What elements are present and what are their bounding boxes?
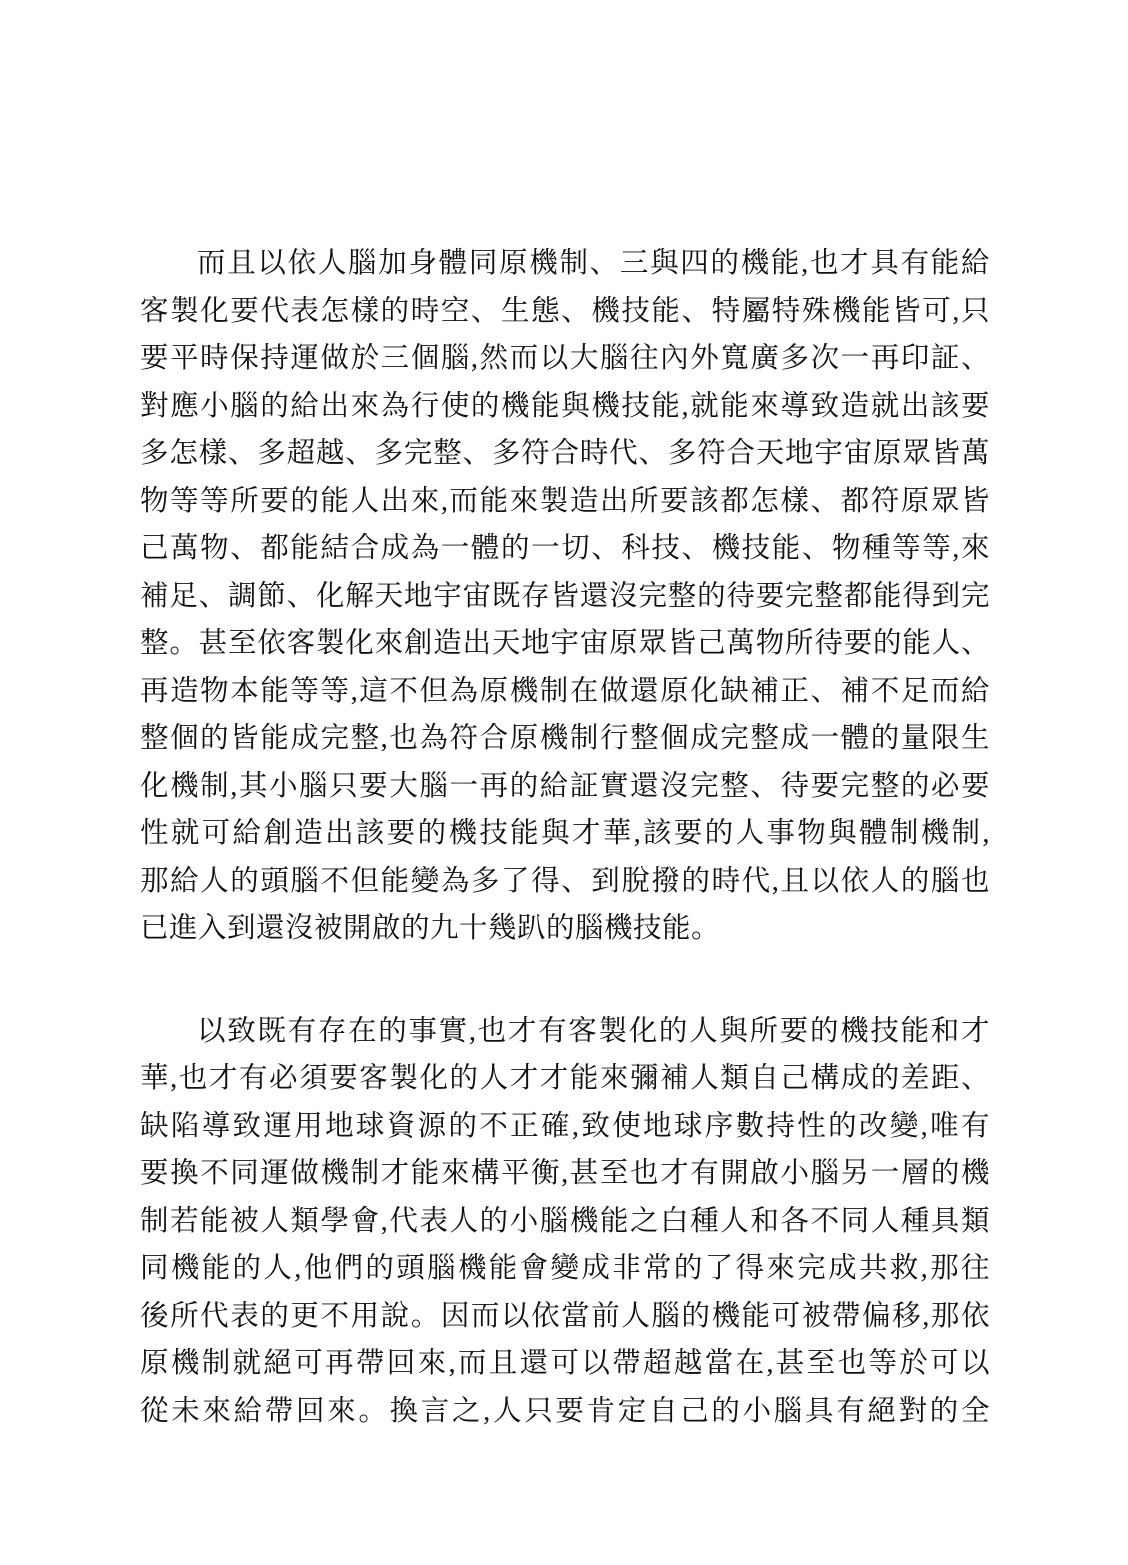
text-line: 物等等所要的能人出來,而能來製造出所要該都怎樣、都符原眾皆 bbox=[140, 478, 990, 526]
text-line: 再造物本能等等,這不但為原機制在做還原化缺補正、補不足而給 bbox=[140, 668, 990, 716]
text-line: 以致既有存在的事實,也才有客製化的人與所要的機技能和才 bbox=[140, 1008, 990, 1056]
text-line: 原機制就絕可再帶回來,而且還可以帶超越當在,甚至也等於可以 bbox=[140, 1340, 990, 1388]
document-page: 而且以依人腦加身體同原機制、三與四的機能,也才具有能給 客製化要代表怎樣的時空、… bbox=[0, 0, 1128, 1565]
text-line: 要平時保持運做於三個腦,然而以大腦往內外寬廣多次一再印証、 bbox=[140, 335, 990, 383]
text-line: 多怎樣、多超越、多完整、多符合時代、多符合天地宇宙原眾皆萬 bbox=[140, 430, 990, 478]
text-line: 要換不同運做機制才能來構平衡,甚至也才有開啟小腦另一層的機 bbox=[140, 1150, 990, 1198]
text-line: 已進入到還沒被開啟的九十幾趴的腦機技能。 bbox=[140, 905, 990, 953]
text-line: 對應小腦的給出來為行使的機能與機技能,就能來導致造就出該要 bbox=[140, 383, 990, 431]
text-line: 整。甚至依客製化來創造出天地宇宙原眾皆己萬物所待要的能人、 bbox=[140, 620, 990, 668]
text-line: 從未來給帶回來。換言之,人只要肯定自己的小腦具有絕對的全 bbox=[140, 1388, 990, 1436]
text-line: 那給人的頭腦不但能變為多了得、到脫撥的時代,且以依人的腦也 bbox=[140, 858, 990, 906]
text-line: 化機制,其小腦只要大腦一再的給証實還沒完整、待要完整的必要 bbox=[140, 763, 990, 811]
text-line: 性就可給創造出該要的機技能與才華,該要的人事物與體制機制, bbox=[140, 810, 990, 858]
paragraph-2: 以致既有存在的事實,也才有客製化的人與所要的機技能和才 華,也才有必須要客製化的… bbox=[140, 1008, 990, 1436]
text-line: 制若能被人類學會,代表人的小腦機能之白種人和各不同人種具類 bbox=[140, 1198, 990, 1246]
text-line: 補足、調節、化解天地宇宙既存皆還沒完整的待要完整都能得到完 bbox=[140, 573, 990, 621]
text-line: 缺陷導致運用地球資源的不正確,致使地球序數持性的改變,唯有 bbox=[140, 1103, 990, 1151]
text-line: 整個的皆能成完整,也為符合原機制行整個成完整成一體的量限生 bbox=[140, 715, 990, 763]
text-line: 華,也才有必須要客製化的人才才能來彌補人類自己構成的差距、 bbox=[140, 1055, 990, 1103]
paragraph-1: 而且以依人腦加身體同原機制、三與四的機能,也才具有能給 客製化要代表怎樣的時空、… bbox=[140, 240, 990, 953]
text-line: 後所代表的更不用說。因而以依當前人腦的機能可被帶偏移,那依 bbox=[140, 1293, 990, 1341]
text-line: 同機能的人,他們的頭腦機能會變成非常的了得來完成共救,那往 bbox=[140, 1245, 990, 1293]
text-line: 客製化要代表怎樣的時空、生態、機技能、特屬特殊機能皆可,只 bbox=[140, 288, 990, 336]
text-line: 己萬物、都能結合成為一體的一切、科技、機技能、物種等等,來 bbox=[140, 525, 990, 573]
text-line: 而且以依人腦加身體同原機制、三與四的機能,也才具有能給 bbox=[140, 240, 990, 288]
